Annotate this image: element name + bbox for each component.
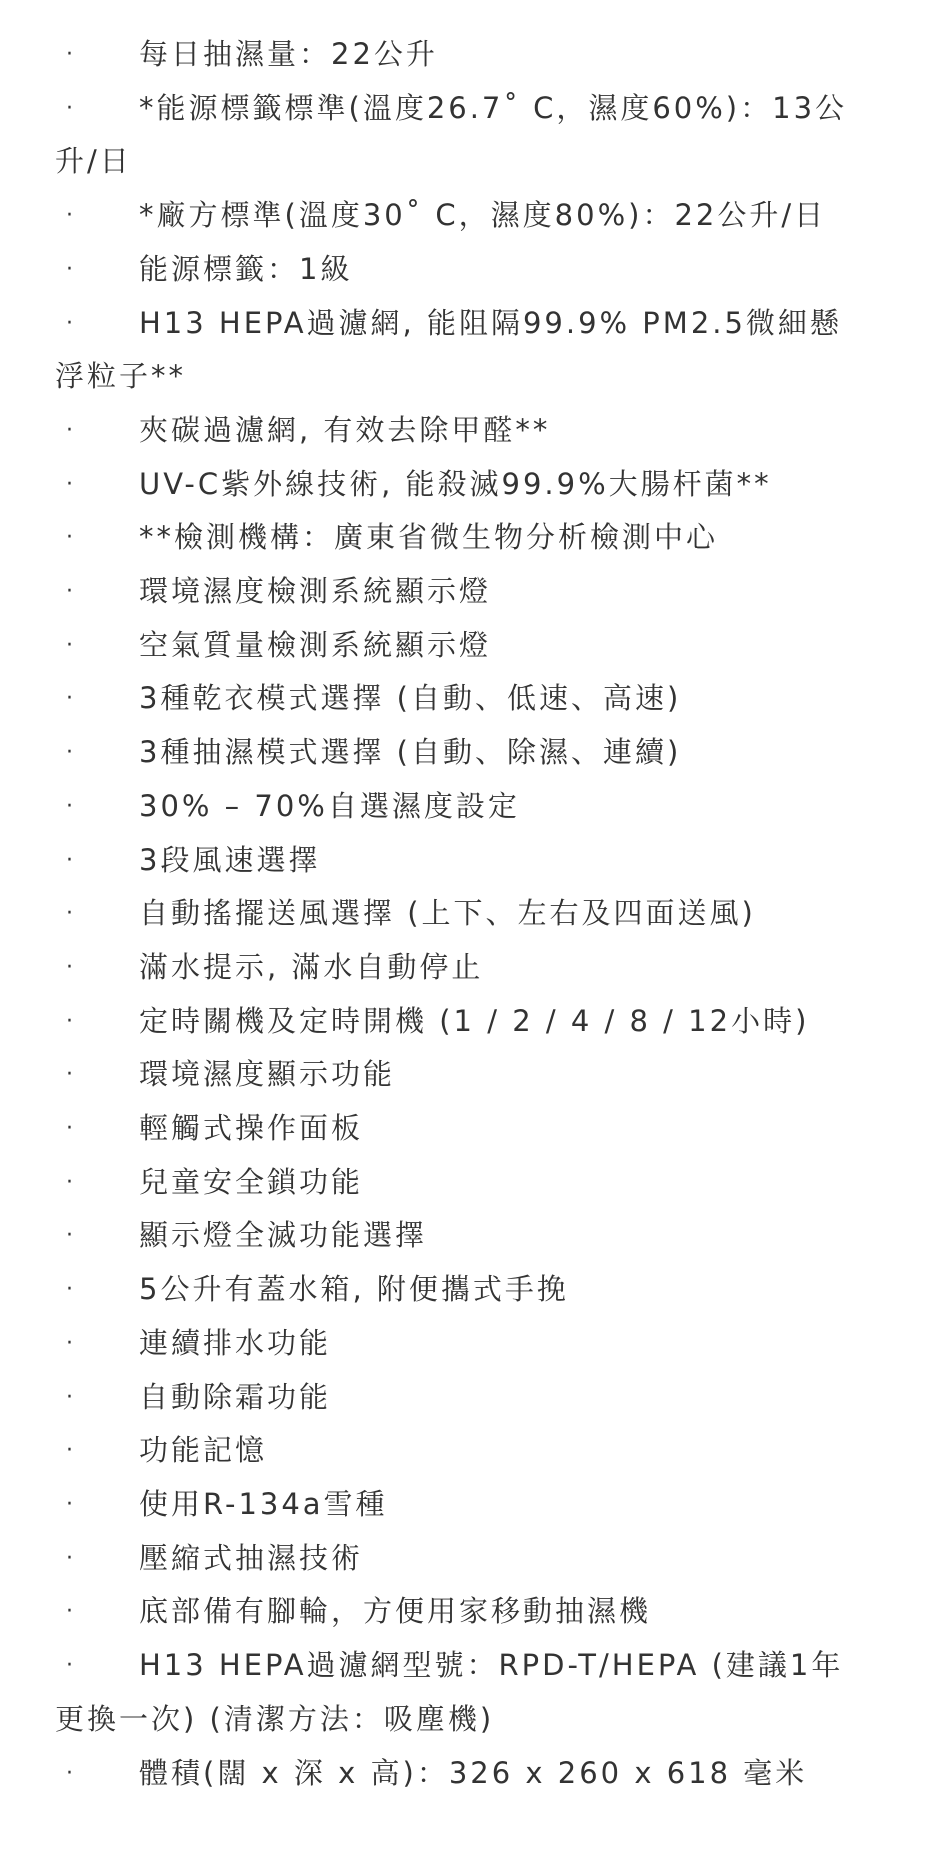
bullet-icon: ·	[63, 780, 79, 834]
spec-item-text: 功能記憶	[139, 1433, 267, 1467]
spec-item: ·空氣質量檢測系統顯示燈	[55, 619, 855, 673]
bullet-icon: ·	[63, 565, 79, 619]
spec-item-text: 底部備有腳輪，方便用家移動抽濕機	[139, 1594, 651, 1628]
spec-item: ·UV-C紫外線技術, 能殺滅99.9%大腸杆菌**	[55, 458, 855, 512]
spec-item: ·連續排水功能	[55, 1317, 855, 1371]
spec-item: ·自動除霜功能	[55, 1371, 855, 1425]
bullet-icon: ·	[63, 458, 79, 512]
spec-item: ·定時關機及定時開機 (1 / 2 / 4 / 8 / 12小時)	[55, 995, 855, 1049]
bullet-icon: ·	[63, 887, 79, 941]
spec-item-text: H13 HEPA過濾網, 能阻隔99.9% PM2.5微細懸浮粒子**	[55, 306, 842, 394]
spec-item: ·使用R-134a雪種	[55, 1478, 855, 1532]
spec-item-text: UV-C紫外線技術, 能殺滅99.9%大腸杆菌**	[139, 467, 772, 501]
spec-item-text: 3種乾衣模式選擇 (自動、低速、高速)	[139, 681, 681, 715]
spec-item: ·夾碳過濾網, 有效去除甲醛**	[55, 404, 855, 458]
bullet-icon: ·	[63, 1209, 79, 1263]
bullet-icon: ·	[63, 404, 79, 458]
spec-item-text: *能源標籤標準(溫度26.7˚ C，濕度60%)：13公升/日	[55, 91, 847, 179]
bullet-icon: ·	[63, 834, 79, 888]
bullet-icon: ·	[63, 1317, 79, 1371]
spec-item-text: 體積(闊 x 深 x 高)：326 x 260 x 618 毫米	[139, 1756, 807, 1790]
spec-item: ·底部備有腳輪，方便用家移動抽濕機	[55, 1585, 855, 1639]
spec-item: ·滿水提示, 滿水自動停止	[55, 941, 855, 995]
spec-item: ·顯示燈全滅功能選擇	[55, 1209, 855, 1263]
bullet-icon: ·	[63, 1478, 79, 1532]
bullet-icon: ·	[63, 1532, 79, 1586]
spec-item-text: 定時關機及定時開機 (1 / 2 / 4 / 8 / 12小時)	[139, 1004, 809, 1038]
spec-item-text: 顯示燈全滅功能選擇	[139, 1218, 427, 1252]
spec-item: ·輕觸式操作面板	[55, 1102, 855, 1156]
spec-item: ·**檢測機構：廣東省微生物分析檢測中心	[55, 511, 855, 565]
spec-item-text: 空氣質量檢測系統顯示燈	[139, 628, 491, 662]
bullet-icon: ·	[63, 995, 79, 1049]
spec-item-text: 3種抽濕模式選擇 (自動、除濕、連續)	[139, 735, 681, 769]
bullet-icon: ·	[63, 1747, 79, 1801]
bullet-icon: ·	[63, 1263, 79, 1317]
spec-item-text: 使用R-134a雪種	[139, 1487, 388, 1521]
bullet-icon: ·	[63, 1102, 79, 1156]
bullet-icon: ·	[63, 1156, 79, 1210]
spec-item-text: **檢測機構：廣東省微生物分析檢測中心	[139, 520, 718, 554]
spec-item: ·環境濕度顯示功能	[55, 1048, 855, 1102]
spec-item: ·兒童安全鎖功能	[55, 1156, 855, 1210]
spec-item: ·能源標籤：1級	[55, 243, 855, 297]
spec-item: ·H13 HEPA過濾網型號：RPD-T/HEPA (建議1年更換一次) (清潔…	[55, 1639, 855, 1746]
spec-item: ·*廠方標準(溫度30˚ C，濕度80%)：22公升/日	[55, 189, 855, 243]
spec-item: ·H13 HEPA過濾網, 能阻隔99.9% PM2.5微細懸浮粒子**	[55, 297, 855, 404]
spec-item-text: 連續排水功能	[139, 1326, 331, 1360]
bullet-icon: ·	[63, 1371, 79, 1425]
bullet-icon: ·	[63, 82, 79, 136]
bullet-icon: ·	[63, 726, 79, 780]
spec-item: ·3段風速選擇	[55, 834, 855, 888]
spec-item-text: H13 HEPA過濾網型號：RPD-T/HEPA (建議1年更換一次) (清潔方…	[55, 1648, 843, 1736]
spec-item-text: 自動搖擺送風選擇 (上下、左右及四面送風)	[139, 896, 756, 930]
spec-item: ·3種乾衣模式選擇 (自動、低速、高速)	[55, 672, 855, 726]
bullet-icon: ·	[63, 1639, 79, 1693]
bullet-icon: ·	[63, 243, 79, 297]
spec-item: ·功能記憶	[55, 1424, 855, 1478]
spec-list: ·每日抽濕量：22公升·*能源標籤標準(溫度26.7˚ C，濕度60%)：13公…	[0, 0, 855, 1800]
spec-item-text: 每日抽濕量：22公升	[139, 37, 438, 71]
spec-item-text: 5公升有蓋水箱, 附便攜式手挽	[139, 1272, 569, 1306]
bullet-icon: ·	[63, 28, 79, 82]
spec-item-text: 3段風速選擇	[139, 843, 320, 877]
bullet-icon: ·	[63, 297, 79, 351]
spec-item-text: 環境濕度檢測系統顯示燈	[139, 574, 491, 608]
spec-item-text: 壓縮式抽濕技術	[139, 1541, 363, 1575]
bullet-icon: ·	[63, 619, 79, 673]
spec-item: ·每日抽濕量：22公升	[55, 28, 855, 82]
spec-item-text: 自動除霜功能	[139, 1380, 331, 1414]
spec-item: ·體積(闊 x 深 x 高)：326 x 260 x 618 毫米	[55, 1747, 855, 1801]
spec-item-text: 兒童安全鎖功能	[139, 1165, 363, 1199]
spec-item-text: 環境濕度顯示功能	[139, 1057, 395, 1091]
spec-item-text: 輕觸式操作面板	[139, 1111, 363, 1145]
bullet-icon: ·	[63, 189, 79, 243]
bullet-icon: ·	[63, 672, 79, 726]
spec-item: ·30% – 70%自選濕度設定	[55, 780, 855, 834]
spec-item-text: *廠方標準(溫度30˚ C，濕度80%)：22公升/日	[139, 198, 826, 232]
spec-item: ·壓縮式抽濕技術	[55, 1532, 855, 1586]
spec-item: ·自動搖擺送風選擇 (上下、左右及四面送風)	[55, 887, 855, 941]
bullet-icon: ·	[63, 1424, 79, 1478]
bullet-icon: ·	[63, 511, 79, 565]
spec-item: ·3種抽濕模式選擇 (自動、除濕、連續)	[55, 726, 855, 780]
bullet-icon: ·	[63, 941, 79, 995]
spec-item-text: 能源標籤：1級	[139, 252, 352, 286]
spec-item: ·5公升有蓋水箱, 附便攜式手挽	[55, 1263, 855, 1317]
spec-item-text: 30% – 70%自選濕度設定	[139, 789, 520, 823]
spec-item-text: 滿水提示, 滿水自動停止	[139, 950, 483, 984]
spec-item: ·環境濕度檢測系統顯示燈	[55, 565, 855, 619]
spec-item-text: 夾碳過濾網, 有效去除甲醛**	[139, 413, 550, 447]
spec-item: ·*能源標籤標準(溫度26.7˚ C，濕度60%)：13公升/日	[55, 82, 855, 189]
bullet-icon: ·	[63, 1048, 79, 1102]
bullet-icon: ·	[63, 1585, 79, 1639]
